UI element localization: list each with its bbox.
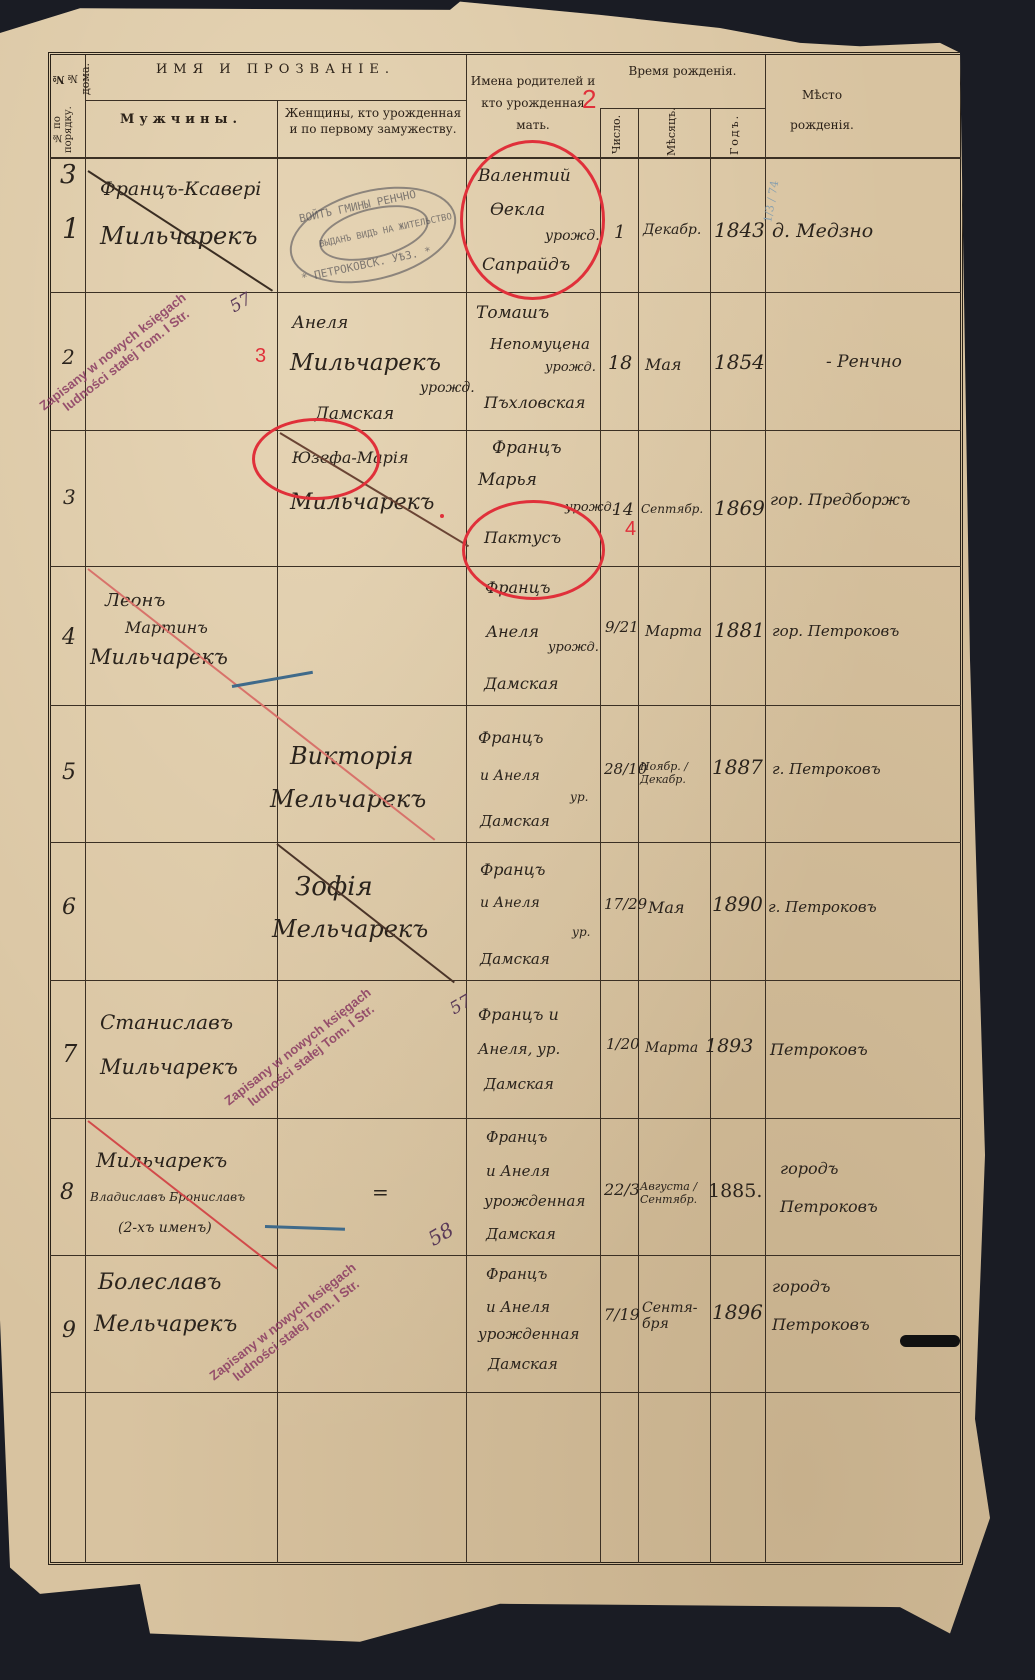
- ink-blot: [900, 1335, 960, 1347]
- row-divider: [50, 1118, 961, 1119]
- col-divider: [600, 108, 601, 1563]
- row-8-men-surname: Мильчарекъ: [96, 1148, 227, 1172]
- row-5-parents: Францъ: [478, 728, 543, 747]
- header-month: Мѣсяцъ.: [665, 112, 683, 156]
- col-divider: [710, 108, 711, 1563]
- row-8-parents: Францъ: [486, 1128, 547, 1146]
- row-5-women: Викторiя: [290, 742, 414, 770]
- row-9-day: 7/19: [604, 1305, 640, 1324]
- row-6-place: г. Петроковъ: [768, 898, 877, 916]
- row-4-number: 4: [62, 625, 76, 650]
- header-subdivider: [600, 108, 765, 109]
- row-9-place: городъ Петроковъ: [772, 1268, 872, 1344]
- annotation-circle-parents-row-3: [462, 500, 605, 600]
- row-8-parents: урожденная: [484, 1192, 585, 1210]
- row-9-parents: урожденная: [478, 1325, 579, 1343]
- row-5-year: 1887: [712, 755, 763, 779]
- row-4-parents: урожд.: [548, 640, 599, 655]
- row-2-women: Анеля: [292, 313, 348, 333]
- row-5-parents: Дамская: [480, 812, 550, 830]
- row-4-month: Марта: [645, 622, 702, 640]
- header-subdivider: [85, 100, 466, 101]
- header-men: Мужчины.: [85, 112, 277, 127]
- header-day: Число.: [610, 112, 628, 156]
- row-9-month: Сентя-бря: [642, 1300, 706, 1332]
- row-7-parents: Анеля, ур.: [478, 1040, 560, 1058]
- row-4-men-surname: Мильчарекъ: [90, 645, 228, 669]
- header-place: Мѣсто рожденія.: [772, 80, 872, 140]
- row-8-month: Августа / Сентябр.: [640, 1180, 710, 1206]
- row-1-place: д. Медзно: [772, 220, 873, 242]
- annotation-marker-3: 3: [255, 345, 266, 368]
- row-8-number: 8: [60, 1180, 74, 1205]
- row-8-men: Владиславъ Брониславъ: [90, 1190, 245, 1204]
- col-divider: [85, 55, 86, 1563]
- row-9-parents: Дамская: [488, 1355, 558, 1373]
- row-7-place: Петроковъ: [770, 1040, 868, 1059]
- row-5-parents: ур.: [570, 790, 588, 804]
- row-9-year: 1896: [712, 1300, 763, 1324]
- annotation-dot: [440, 514, 444, 518]
- header-house-no: № дома.: [66, 56, 82, 102]
- col-divider: [638, 108, 639, 1563]
- row-6-women-surname: Мельчарекъ: [272, 915, 428, 943]
- row-2-parents: Томашъ: [476, 303, 549, 323]
- row-divider: [50, 430, 961, 431]
- row-1-day: 1: [614, 222, 625, 243]
- annotation-circle-women-row-3: [252, 418, 380, 500]
- row-7-year: 1893: [705, 1035, 753, 1057]
- row-divider: [50, 842, 961, 843]
- row-4-day: 9/21: [605, 618, 639, 636]
- row-1-men-surname: Мильчарекъ: [100, 222, 258, 250]
- row-1-men: Францъ-Ксаверi: [100, 178, 261, 200]
- row-3-month: Септябр.: [641, 502, 703, 516]
- row-3-parents: Марья: [478, 470, 537, 490]
- row-2-parents: Пъхловская: [484, 393, 585, 412]
- row-5-month: Ноябр. / Декабр.: [640, 760, 710, 786]
- row-2-number: 2: [62, 345, 75, 369]
- row-9-men-surname: Мельчарекъ: [94, 1312, 237, 1337]
- row-6-parents: Дамская: [480, 950, 550, 968]
- header-name-group: ИМЯ И ПРОЗВАНІЕ.: [85, 62, 466, 77]
- row-7-number: 7: [62, 1040, 77, 1068]
- row-2-year: 1854: [714, 350, 765, 374]
- row-5-number: 5: [62, 760, 76, 785]
- row-6-parents: и Анеля: [480, 895, 540, 911]
- row-7-parents: Францъ и: [478, 1005, 559, 1024]
- row-8-women-ditto: =: [372, 1180, 389, 1204]
- header-birth-group: Время рожденія.: [600, 64, 765, 78]
- row-4-parents: Дамская: [484, 674, 558, 693]
- row-6-year: 1890: [712, 892, 763, 916]
- row-8-parents: и Анеля: [486, 1162, 550, 1180]
- row-2-women: урожд.: [420, 380, 475, 396]
- header-year: Годъ.: [728, 112, 746, 156]
- house-number: 3: [60, 160, 77, 190]
- row-7-day: 1/20: [606, 1035, 640, 1053]
- row-8-parents: Дамская: [486, 1225, 556, 1243]
- header-women: Женщины, кто урожденная и по первому зам…: [280, 105, 466, 137]
- row-5-women-surname: Мельчарекъ: [270, 785, 426, 813]
- row-divider: [50, 1255, 961, 1256]
- header-row-no: № по порядку.: [52, 104, 82, 156]
- row-1-month: Декабр.: [643, 222, 701, 238]
- row-4-parents: Анеля: [486, 622, 539, 641]
- row-divider: [50, 1392, 961, 1393]
- row-2-parents: урожд.: [545, 360, 596, 375]
- row-2-month: Мая: [645, 355, 682, 374]
- row-7-men: Станиславъ: [100, 1010, 233, 1034]
- row-9-parents: и Анеля: [486, 1298, 550, 1316]
- row-3-parents: Францъ: [492, 438, 562, 458]
- annotation-marker-2: 2: [582, 84, 596, 115]
- row-6-month: Мая: [648, 898, 685, 917]
- row-6-parents: Францъ: [480, 860, 545, 879]
- row-9-number: 9: [62, 1318, 76, 1343]
- annotation-marker-4: 4: [625, 518, 636, 541]
- row-8-day: 22/3: [604, 1180, 640, 1199]
- row-9-men: Болеславъ: [98, 1270, 221, 1295]
- row-6-parents: ур.: [572, 925, 590, 939]
- row-9-parents: Францъ: [486, 1265, 547, 1283]
- row-1-number: 1: [62, 212, 80, 245]
- row-4-men: Мартинъ: [125, 618, 208, 637]
- register-page: № № дома. № по порядку. ИМЯ И ПРОЗВАНІЕ.…: [0, 0, 1000, 1650]
- row-7-parents: Дамская: [484, 1075, 554, 1093]
- row-3-place: гор. Предборжъ: [770, 490, 910, 509]
- col-divider: [466, 55, 467, 1563]
- row-divider: [50, 980, 961, 981]
- row-7-men-surname: Мильчарекъ: [100, 1055, 238, 1079]
- row-8-men-note: (2-хъ именъ): [118, 1220, 212, 1236]
- annotation-circle-parents-row-1: [460, 140, 605, 300]
- col-divider: [765, 55, 766, 1563]
- row-2-parents: Непомуцена: [490, 335, 590, 353]
- row-6-day: 17/29: [604, 895, 647, 913]
- row-7-month: Марта: [645, 1040, 698, 1056]
- row-1-year: 1843: [714, 218, 765, 242]
- row-divider: [50, 705, 961, 706]
- row-2-place: - Ренчно: [826, 352, 902, 372]
- row-5-place: г. Петроковъ: [772, 760, 881, 778]
- header-parents: Имена родителей и кто урожденная мать.: [468, 70, 598, 136]
- row-8-place: городъ Петроковъ: [780, 1150, 880, 1226]
- row-4-place: гор. Петроковъ: [772, 622, 899, 640]
- row-3-year: 1869: [714, 496, 765, 520]
- row-3-number: 3: [63, 485, 76, 509]
- row-2-day: 18: [608, 352, 632, 374]
- row-8-year: 1885.: [708, 1180, 762, 1202]
- row-2-women-surname: Мильчарекъ: [290, 350, 441, 376]
- row-4-year: 1881: [714, 618, 765, 642]
- row-3-day: 14: [612, 500, 634, 520]
- row-5-parents: и Анеля: [480, 768, 540, 784]
- row-6-number: 6: [62, 895, 76, 920]
